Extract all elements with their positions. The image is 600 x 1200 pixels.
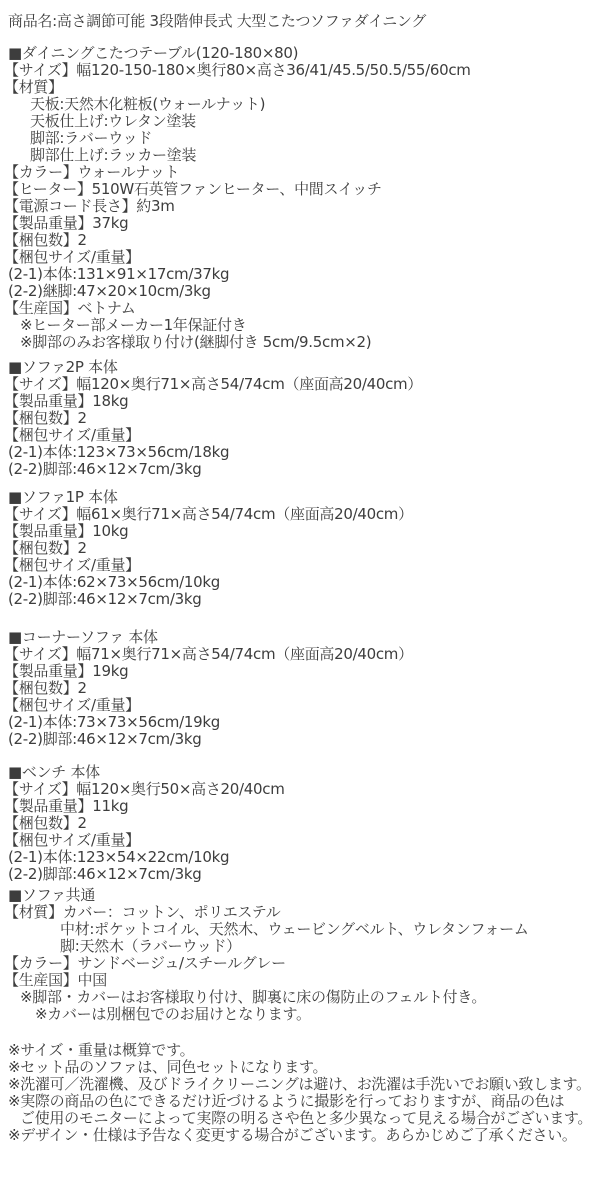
spec-line: 【サイズ】幅120×奥行71×高さ54/74cm（座面高20/40cm） [0, 376, 600, 393]
section-corner-sofa: ■コーナーソファ 本体【サイズ】幅71×奥行71×高さ54/74cm（座面高20… [0, 629, 600, 748]
section-bench: ■ベンチ 本体【サイズ】幅120×奥行50×高さ20/40cm【製品重量】11k… [0, 764, 600, 883]
section-heading: ■ベンチ 本体 [0, 764, 600, 781]
section-gap [0, 1023, 600, 1042]
spec-line: 【カラー】サンドベージュ/スチールグレー [0, 955, 600, 972]
spec-line: 【梱包サイズ/重量】 [0, 832, 600, 849]
spec-line: 【生産国】中国 [0, 972, 600, 989]
spec-line: 【梱包サイズ/重量】 [0, 697, 600, 714]
section-gap [0, 478, 600, 489]
spec-line: 【製品重量】19kg [0, 663, 600, 680]
section-dining-kotatsu-table: ■ダイニングこたつテーブル(120-180×80)【サイズ】幅120-150-1… [0, 45, 600, 351]
spec-line: 天板仕上げ:ウレタン塗装 [0, 113, 600, 130]
spec-line: ご使用のモニターによって実際の明るさや色と多少異なって見える場合がございます。 [0, 1110, 600, 1127]
spec-line: 【カラー】ウォールナット [0, 164, 600, 181]
spec-line: (2-2)脚部:46×12×7cm/3kg [0, 866, 600, 883]
spec-line: (2-2)継脚:47×20×10cm/3kg [0, 283, 600, 300]
spec-line: 【生産国】ベトナム [0, 300, 600, 317]
product-spec-document: 商品名:高さ調節可能 3段階伸長式 大型こたつソファダイニング ■ダイニングこた… [0, 0, 600, 1200]
spec-line: ※洗濯可／洗濯機、及びドライクリーニングは避け、お洗濯は手洗いでお願い致します。 [0, 1076, 600, 1093]
spec-line: 【梱包数】2 [0, 232, 600, 249]
section-heading: ■コーナーソファ 本体 [0, 629, 600, 646]
spec-line: 【製品重量】10kg [0, 523, 600, 540]
spec-line: 【サイズ】幅61×奥行71×高さ54/74cm（座面高20/40cm） [0, 506, 600, 523]
spec-line: (2-2)脚部:46×12×7cm/3kg [0, 461, 600, 478]
spec-line: ※セット品のソファは、同色セットになります。 [0, 1059, 600, 1076]
spec-line: 【梱包サイズ/重量】 [0, 557, 600, 574]
section-gap [0, 748, 600, 764]
spec-line: 中材:ポケットコイル、天然木、ウェービングベルト、ウレタンフォーム [0, 921, 600, 938]
section-gap [0, 608, 600, 629]
spec-line: ※脚部のみお客様取り付け(継脚付き 5cm/9.5cm×2) [0, 334, 600, 351]
section-gap [0, 351, 600, 359]
section-sofa-common: ■ソファ共通【材質】カバー：コットン、ポリエステル中材:ポケットコイル、天然木、… [0, 887, 600, 1023]
spec-line: 脚部仕上げ:ラッカー塗装 [0, 147, 600, 164]
spec-line: (2-2)脚部:46×12×7cm/3kg [0, 591, 600, 608]
section-heading: ■ソファ2P 本体 [0, 359, 600, 376]
spec-line: ※脚部・カバーはお客様取り付け、脚裏に床の傷防止のフェルト付き。 [0, 989, 600, 1006]
section-heading: ■ソファ1P 本体 [0, 489, 600, 506]
spec-line: 【製品重量】37kg [0, 215, 600, 232]
spec-line: (2-1)本体:131×91×17cm/37kg [0, 266, 600, 283]
spec-line: 【梱包サイズ/重量】 [0, 427, 600, 444]
spec-line: 【製品重量】11kg [0, 798, 600, 815]
spec-line: 【梱包サイズ/重量】 [0, 249, 600, 266]
spec-line: 【ヒーター】510W石英管ファンヒーター、中間スイッチ [0, 181, 600, 198]
section-heading: ■ダイニングこたつテーブル(120-180×80) [0, 45, 600, 62]
spec-line: 脚部:ラバーウッド [0, 130, 600, 147]
spec-line: 【製品重量】18kg [0, 393, 600, 410]
spec-line: 【梱包数】2 [0, 540, 600, 557]
spec-line: ※デザイン・仕様は予告なく変更する場合がございます。あらかじめご了承ください。 [0, 1127, 600, 1144]
spec-line: 【梱包数】2 [0, 815, 600, 832]
spec-line: 【材質】 [0, 79, 600, 96]
spec-line: (2-1)本体:123×54×22cm/10kg [0, 849, 600, 866]
section-general-notes: ※サイズ・重量は概算です。※セット品のソファは、同色セットになります。※洗濯可／… [0, 1042, 600, 1144]
spec-line: 天板:天然木化粧板(ウォールナット) [0, 96, 600, 113]
spec-line: 【サイズ】幅120-150-180×奥行80×高さ36/41/45.5/50.5… [0, 62, 600, 79]
section-sofa-2p: ■ソファ2P 本体【サイズ】幅120×奥行71×高さ54/74cm（座面高20/… [0, 359, 600, 478]
spec-line: 脚:天然木（ラバーウッド） [0, 938, 600, 955]
spec-sections: ■ダイニングこたつテーブル(120-180×80)【サイズ】幅120-150-1… [0, 30, 600, 1144]
spec-line: 【サイズ】幅71×奥行71×高さ54/74cm（座面高20/40cm） [0, 646, 600, 663]
spec-line: ※サイズ・重量は概算です。 [0, 1042, 600, 1059]
spec-line: 【梱包数】2 [0, 410, 600, 427]
spec-line: (2-2)脚部:46×12×7cm/3kg [0, 731, 600, 748]
spec-line: ※実際の商品の色にできるだけ近づけるように撮影を行っておりますが、商品の色は [0, 1093, 600, 1110]
spec-line: ※ヒーター部メーカー1年保証付き [0, 317, 600, 334]
product-name: 商品名:高さ調節可能 3段階伸長式 大型こたつソファダイニング [0, 13, 600, 30]
section-sofa-1p: ■ソファ1P 本体【サイズ】幅61×奥行71×高さ54/74cm（座面高20/4… [0, 489, 600, 608]
spec-line: (2-1)本体:73×73×56cm/19kg [0, 714, 600, 731]
spec-line: ※カバーは別梱包でのお届けとなります。 [0, 1006, 600, 1023]
section-gap [0, 30, 600, 45]
spec-line: 【材質】カバー：コットン、ポリエステル [0, 904, 600, 921]
spec-line: (2-1)本体:123×73×56cm/18kg [0, 444, 600, 461]
spec-line: (2-1)本体:62×73×56cm/10kg [0, 574, 600, 591]
section-heading: ■ソファ共通 [0, 887, 600, 904]
spec-line: 【サイズ】幅120×奥行50×高さ20/40cm [0, 781, 600, 798]
spec-line: 【電源コード長さ】約3m [0, 198, 600, 215]
spec-line: 【梱包数】2 [0, 680, 600, 697]
